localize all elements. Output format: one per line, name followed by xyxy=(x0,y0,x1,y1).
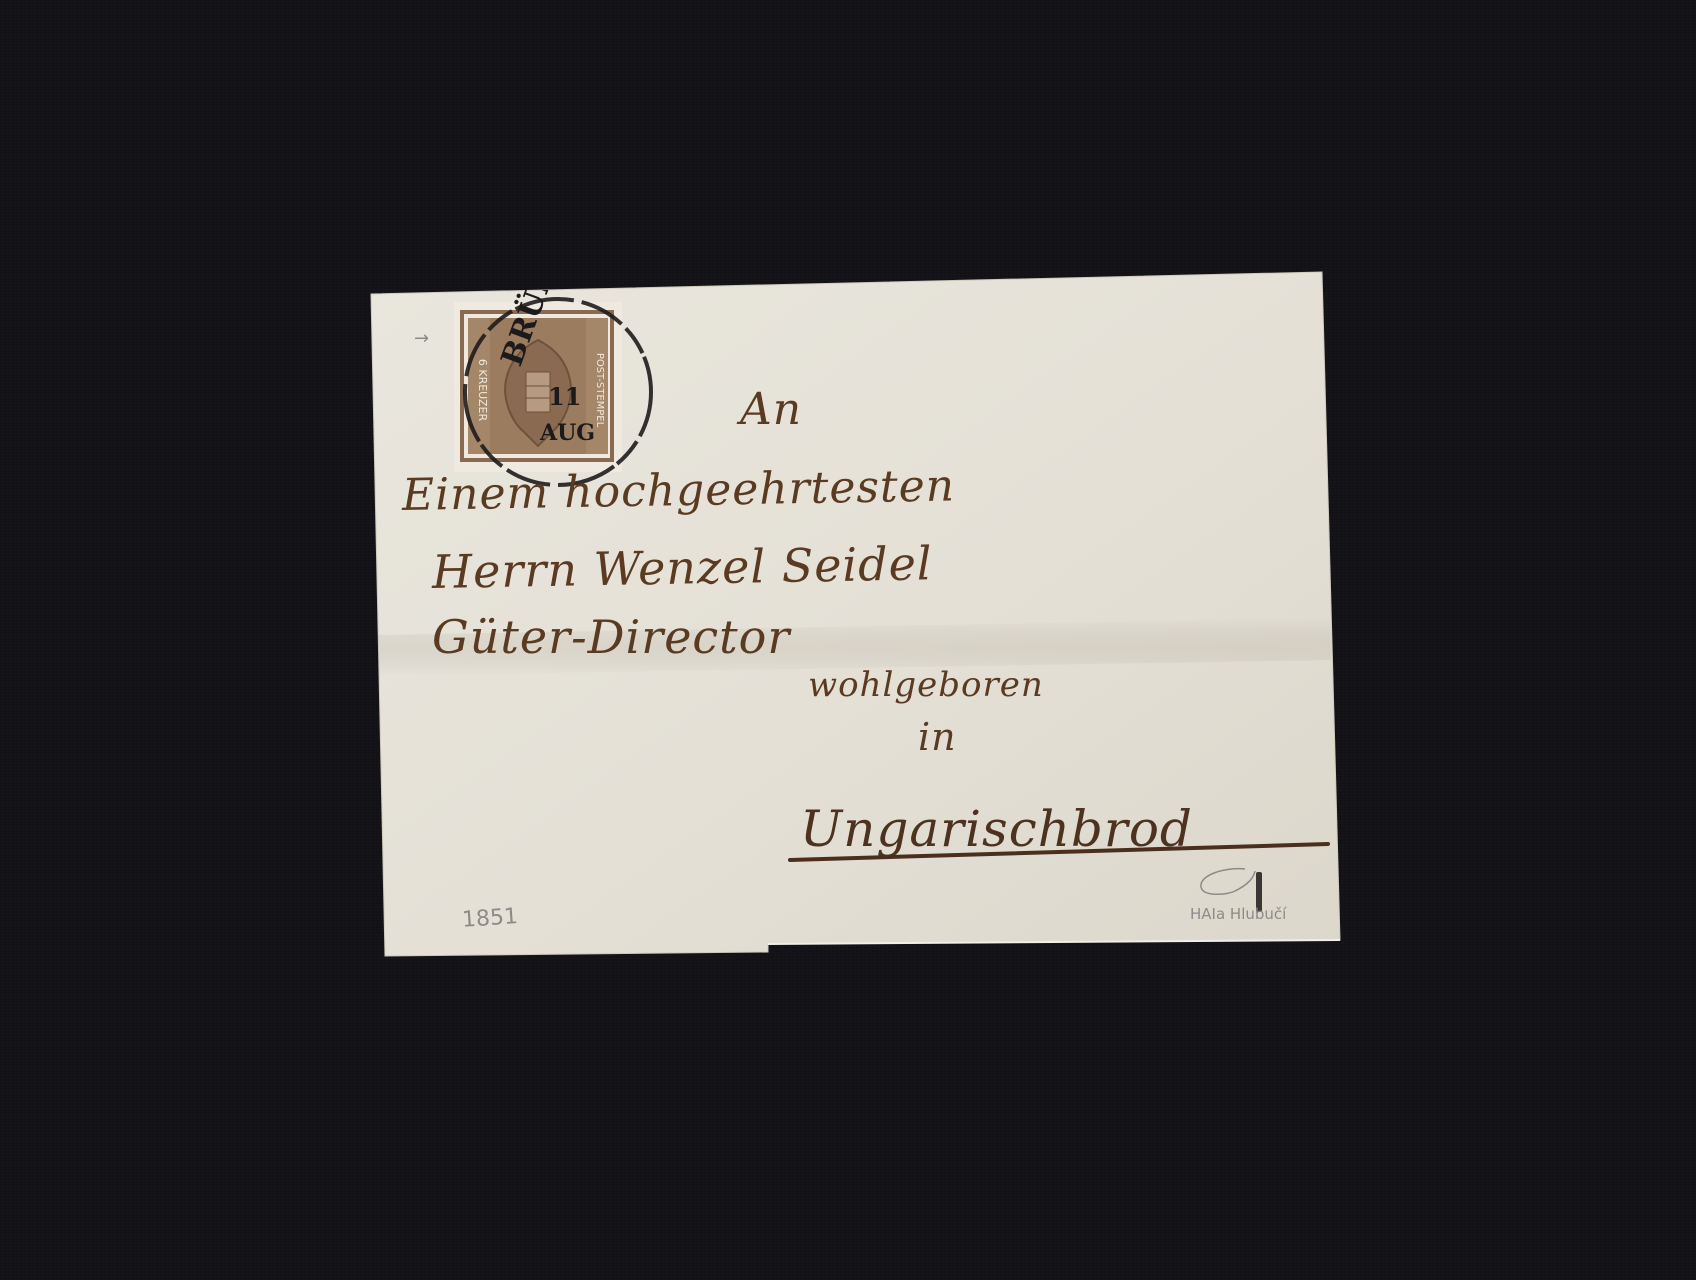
pencil-year: 1851 xyxy=(461,904,519,933)
address-line-honorific: Einem hochgeehrtesten xyxy=(402,460,956,521)
photo-scene: → 6 KREUZER POST-STEMPEL BRÜNN 11 AUG An… xyxy=(0,0,1696,1280)
address-line-in: in xyxy=(918,715,957,759)
address-line-wohlgeboren: wohlgeboren xyxy=(808,665,1044,705)
postmark-town: BRÜNN xyxy=(493,290,573,371)
pencil-signature-loop xyxy=(1195,865,1265,905)
letter-cover xyxy=(0,0,1696,1280)
town-underline xyxy=(780,838,1340,868)
pencil-arrow: → xyxy=(414,328,429,349)
postmark-date: 11 xyxy=(548,382,581,411)
pencil-catalog-note: HAIa Hlubučí xyxy=(1190,905,1286,923)
postmark-month: AUG xyxy=(539,420,595,446)
address-line-name: Herrn Wenzel Seidel xyxy=(432,536,933,599)
address-line-title: Güter-Director xyxy=(432,610,790,664)
address-line-an: An xyxy=(740,384,802,435)
